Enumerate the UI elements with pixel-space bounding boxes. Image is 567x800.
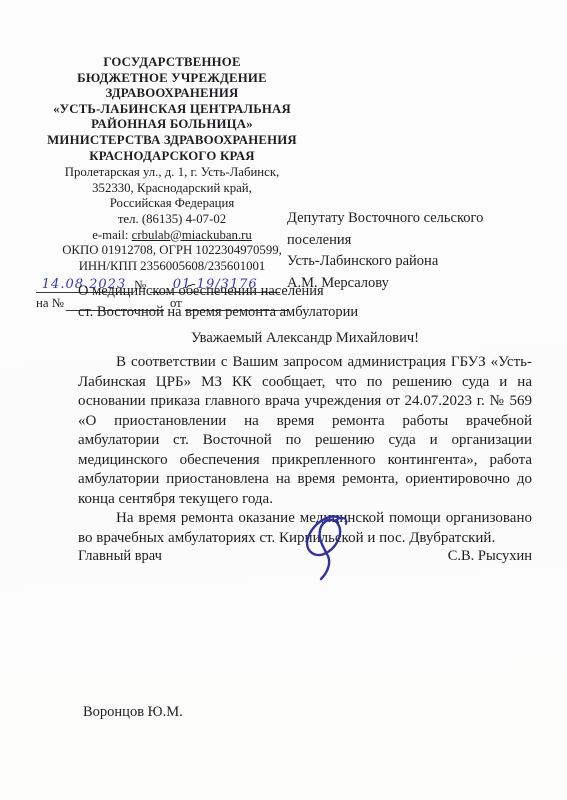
subject-line: О медицинском обеспечении населения — [78, 281, 408, 302]
org-reg-line: ОКПО 01912708, ОГРН 1022304970599, — [36, 243, 308, 259]
org-name-line: РАЙОННАЯ БОЛЬНИЦА» — [36, 117, 308, 133]
org-name-line: ЗДРАВООХРАНЕНИЯ — [36, 86, 308, 102]
recipient-line: Усть-Лабинского района — [287, 251, 545, 273]
pen-signature-icon — [286, 510, 366, 584]
org-name-line: КРАСНОДАРСКОГО КРАЯ — [36, 149, 308, 165]
org-name-line: МИНИСТЕРСТВА ЗДРАВООХРАНЕНИЯ — [36, 133, 308, 149]
signer-name: С.В. Рысухин — [448, 548, 532, 565]
letterhead: ГОСУДАРСТВЕННОЕ БЮДЖЕТНОЕ УЧРЕЖДЕНИЕ ЗДР… — [36, 55, 308, 311]
subject-block: О медицинском обеспечении населения ст. … — [78, 281, 408, 322]
subject-line: ст. Восточной на время ремонта амбулатор… — [78, 302, 408, 323]
email-address: crbulab@miackuban.ru — [132, 228, 252, 242]
salutation: Уважаемый Александр Михайлович! — [78, 330, 532, 347]
executor-name: Воронцов Ю.М. — [83, 704, 183, 721]
org-email-line: e-mail: crbulab@miackuban.ru — [36, 228, 308, 244]
org-reg-line: ИНН/КПП 2356005608/235601001 — [36, 259, 308, 275]
org-address-line: Пролетарская ул., д. 1, г. Усть-Лабинск, — [36, 165, 308, 181]
signoff-row: Главный врач С.В. Рысухин — [78, 548, 532, 565]
org-name-line: ГОСУДАРСТВЕННОЕ — [36, 55, 308, 71]
recipient-line: Депутату Восточного сельского поселения — [287, 208, 545, 251]
email-label: e-mail: — [92, 228, 131, 242]
org-address-line: Российская Федерация — [36, 196, 308, 212]
org-phone-line: тел. (86135) 4-07-02 — [36, 212, 308, 228]
organization-name: ГОСУДАРСТВЕННОЕ БЮДЖЕТНОЕ УЧРЕЖДЕНИЕ ЗДР… — [36, 55, 308, 164]
org-name-line: БЮДЖЕТНОЕ УЧРЕЖДЕНИЕ — [36, 71, 308, 87]
ref-reply-label: на № — [36, 296, 66, 311]
body-paragraph: В соответствии с Вашим запросом админист… — [78, 353, 532, 509]
org-address-line: 352330, Краснодарский край, — [36, 181, 308, 197]
scanned-letter-page: ГОСУДАРСТВЕННОЕ БЮДЖЕТНОЕ УЧРЕЖДЕНИЕ ЗДР… — [0, 0, 567, 800]
position-title: Главный врач — [78, 548, 162, 565]
organization-contacts: Пролетарская ул., д. 1, г. Усть-Лабинск,… — [36, 165, 308, 274]
org-name-line: «УСТЬ-ЛАБИНСКАЯ ЦЕНТРАЛЬНАЯ — [36, 102, 308, 118]
